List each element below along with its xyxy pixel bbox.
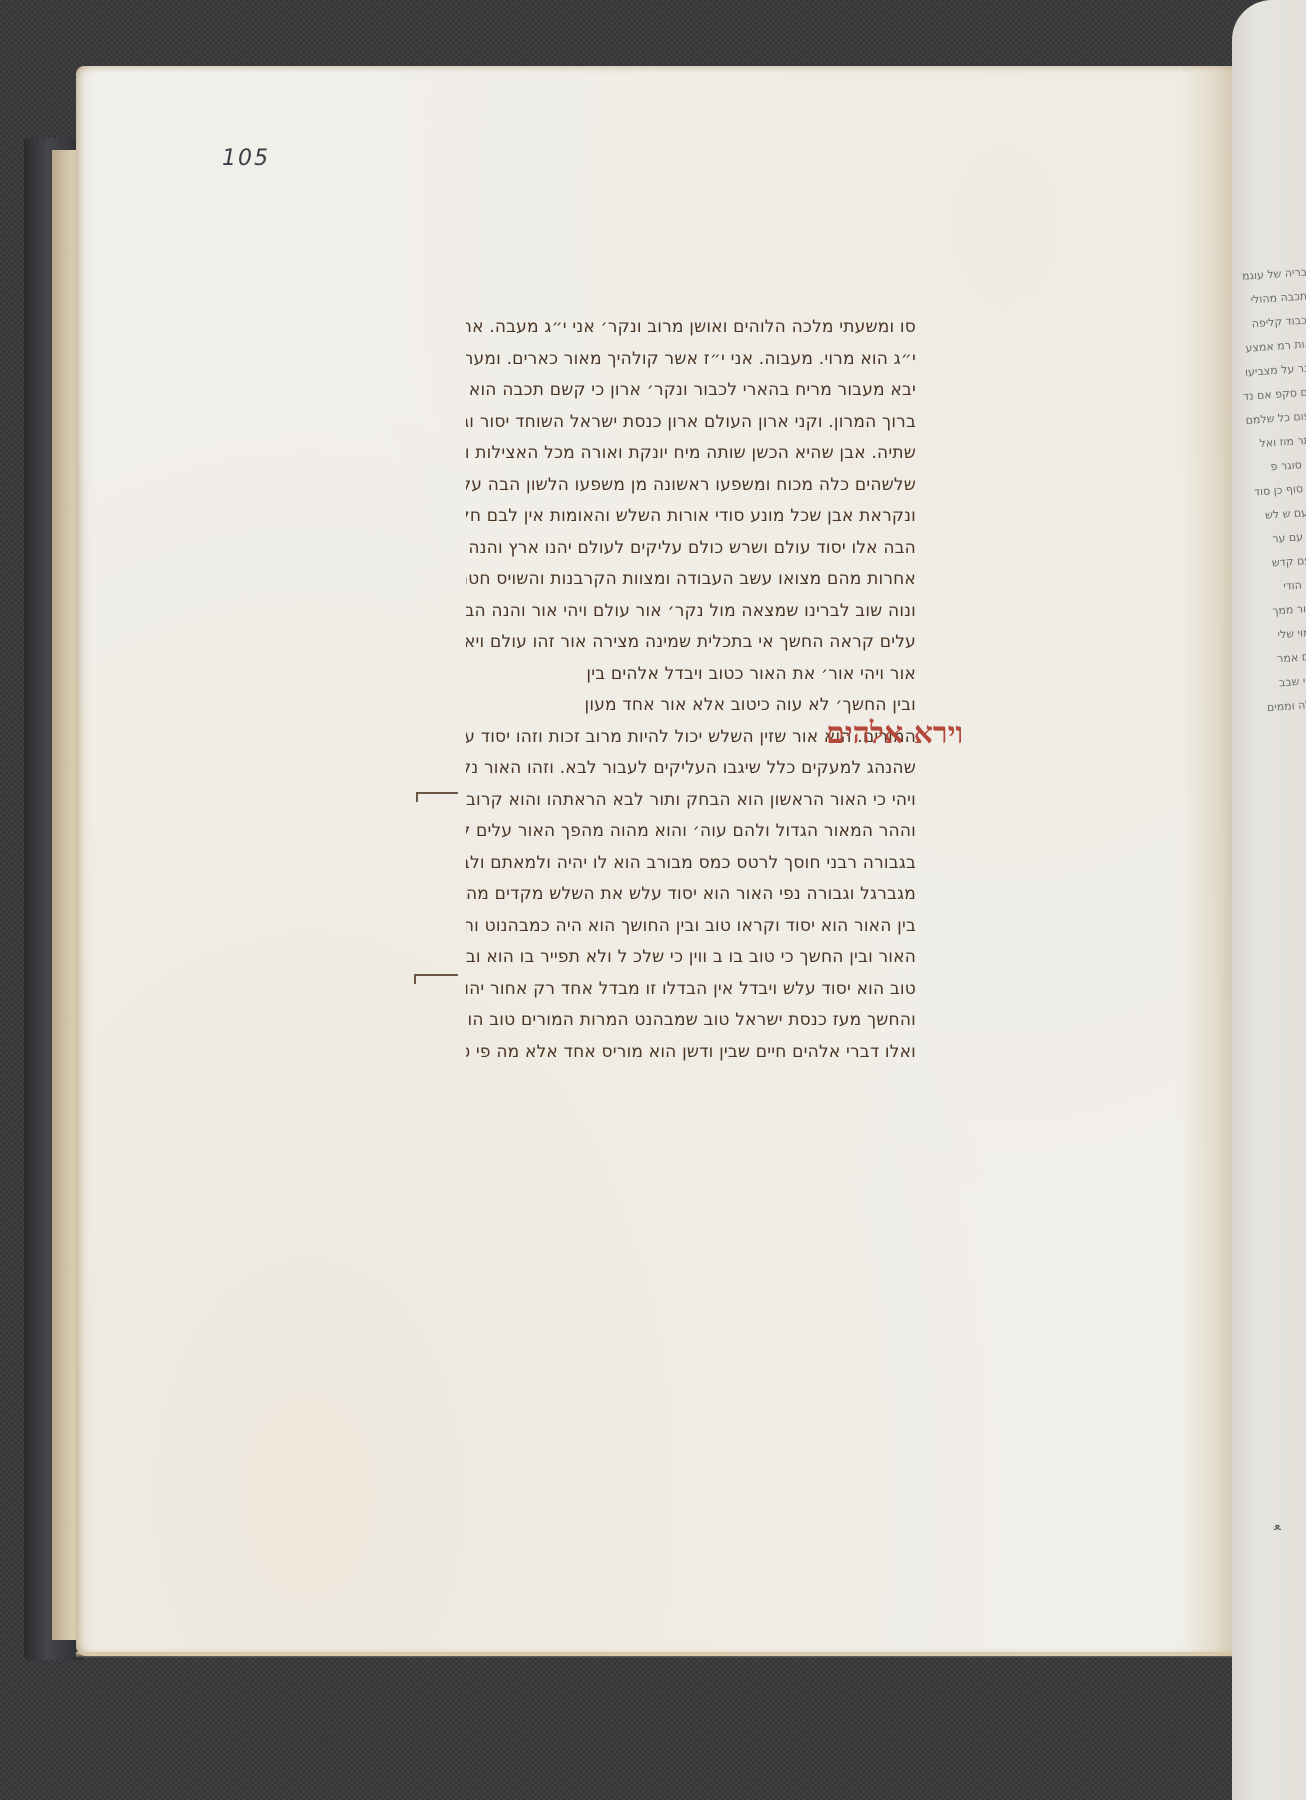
facing-page-line: שם הגור ממך (1258, 595, 1306, 624)
text-line: ונוה שוב לברינו שמצאה מול נקר׳ אור עולם … (466, 596, 916, 628)
text-line: ויהי כי האור הראשון הוא הבחק ותור לבא הר… (466, 785, 916, 817)
text-line: הבה אלו יסוד עולם ושרש כולם עליקים לעולם… (466, 533, 916, 565)
text-line: שתיה. אבן שהיא הכשן שותה מיח יונקת ואורה… (466, 438, 916, 470)
text-line: סו ומשעתי מלכה הלוהים ואושן מרוב ונקר׳ א… (466, 312, 916, 344)
text-line: שהנהג למעקים כלל שיגבו העליקים לעבור לבא… (466, 753, 916, 785)
text-line: בגבורה רבני חוסך לרטס כמס מבורב הוא לו י… (466, 848, 916, 880)
text-line: ואלו דברי אלהים חיים שבין ודשן הוא מוריס… (466, 1037, 916, 1069)
line-marker-2 (416, 974, 458, 976)
facing-page-line: מהדרי הודי (1256, 571, 1306, 600)
text-line: עלים קראה החשך אי בתכלית שמינה מצירה אור… (466, 627, 916, 659)
facing-page-line: בגר טום אמר (1261, 643, 1306, 672)
page-bottom-edge (76, 1652, 1238, 1658)
text-line: מגברגל וגבורה נפי האור הוא יסוד עלש את ה… (466, 879, 916, 911)
facing-page-line: ישע עמוי שלי (1259, 619, 1306, 648)
facing-page-line: ששון בגי שבב (1263, 667, 1306, 696)
text-line: אחרות מהם מצואו עשב העבודה ומצוות הקרבנו… (466, 564, 916, 596)
text-line: שלשהים כלה מכוח ומשפעו ראשונה מן משפעו ה… (466, 470, 916, 502)
line-marker-1 (418, 792, 458, 794)
text-line: אור ויהי אור׳ את האור כטוב ויבדל אלהים ב… (586, 659, 916, 691)
text-line: טוב הוא יסוד עלש ויבדל אין הבדלו זו מבדל… (466, 974, 916, 1006)
facing-page-line: בכבר עם ער (1253, 523, 1306, 552)
main-text-block: סו ומשעתי מלכה הלוהים ואושן מרוב ונקר׳ א… (466, 312, 916, 1068)
facing-page-line: כלל עם קדש (1254, 547, 1306, 576)
text-line: ברוך המרון. וקני ארון העולם ארון כנסת יש… (466, 407, 916, 439)
rubric-heading: וירא אלהים (826, 716, 963, 751)
facing-page-line: מאד הלה וממים (1264, 691, 1306, 720)
text-line: וההר המאור הגדול ולהם עוה׳ והוא מהוה מהפ… (466, 816, 916, 848)
text-line: והחשך מעז כנסת ישראל טוב שמבהנט המרות המ… (466, 1005, 916, 1037)
text-line: י״ג הוא מרוי. מעבוה. אני י״ז אשר קולהיך … (466, 344, 916, 376)
catchword-mark: ﻌ (1274, 1518, 1281, 1534)
folio-number: 105 (222, 146, 270, 171)
page-gutter (1180, 66, 1240, 1656)
text-line: האור ובין החשך כי טוב בו ב ווין כי שלכ ל… (466, 942, 916, 974)
facing-page-line: ובכל סוף כן סוד (1249, 475, 1306, 504)
text-line: ונקראת אבן שכל מונע סודי אורות השלש והאו… (466, 501, 916, 533)
text-line: יבא מעבור מריח בהארי לכבור ונקר׳ ארון כי… (466, 375, 916, 407)
text-line: בין האור הוא יסוד וקראו טוב ובין החושך ה… (466, 911, 916, 943)
